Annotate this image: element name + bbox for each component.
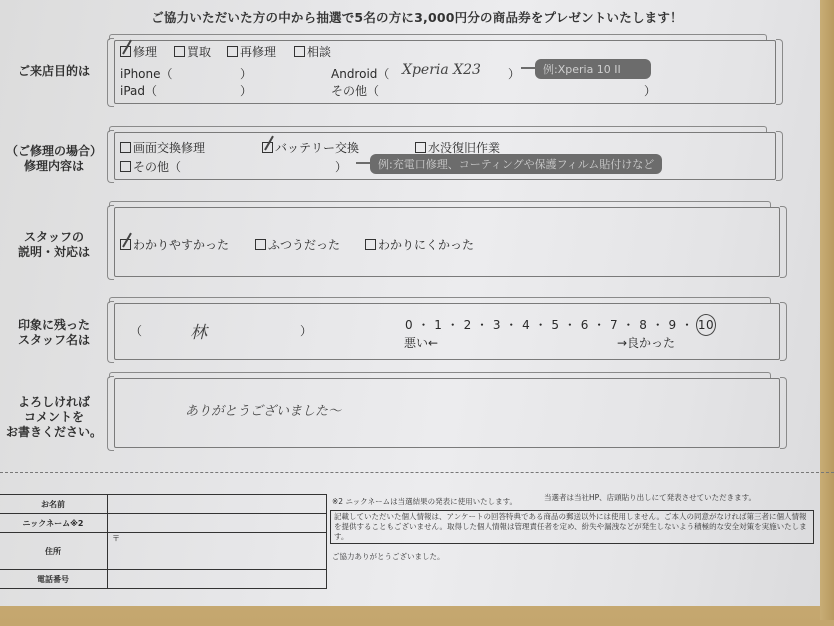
checkbox-icon[interactable]: [120, 161, 131, 172]
personal-info-table: お名前 ニックネーム※2 住所〒 電話番号: [0, 494, 327, 589]
iphone-close: ）: [240, 65, 252, 82]
address-field[interactable]: 〒: [108, 533, 327, 570]
purpose-option-repair[interactable]: 修理: [120, 43, 157, 60]
repair-option-battery[interactable]: バッテリー交換: [262, 139, 359, 156]
android-label: Android（: [331, 65, 389, 82]
rating-separator: ・: [501, 318, 522, 332]
purpose-option-rerepair[interactable]: 再修理: [227, 43, 276, 60]
table-row: ニックネーム※2: [0, 514, 327, 533]
rating-option-2[interactable]: 2: [464, 318, 472, 332]
checkbox-icon[interactable]: [294, 46, 305, 57]
rating-separator: ・: [560, 318, 581, 332]
table-row: 電話番号: [0, 570, 327, 589]
checkbox-icon[interactable]: [255, 239, 266, 250]
table-row: お名前: [0, 495, 327, 514]
comment-label: よろしければコメントをお書きください。: [0, 395, 108, 440]
other-label: その他（: [331, 82, 379, 99]
android-input[interactable]: Xperia X23: [402, 62, 481, 78]
repair-option-screen[interactable]: 画面交換修理: [120, 139, 205, 156]
rating-option-3[interactable]: 3: [493, 318, 501, 332]
explanation-option-unclear[interactable]: わかりにくかった: [365, 236, 474, 253]
ipad-label: iPad（: [120, 82, 157, 99]
repair-hint-bubble: 例:充電口修理、コーティングや保護フィルム貼付けなど: [370, 154, 662, 174]
phone-label: 電話番号: [0, 570, 108, 589]
nickname-label: ニックネーム※2: [0, 514, 108, 533]
address-label: 住所: [0, 533, 108, 570]
rating-option-9[interactable]: 9: [669, 318, 677, 332]
rating-separator: ・: [677, 318, 698, 332]
rating-separator: ・: [647, 318, 668, 332]
purpose-option-consult[interactable]: 相談: [294, 43, 331, 60]
table-row: 住所〒: [0, 533, 327, 570]
checkbox-icon[interactable]: [120, 142, 131, 153]
checkbox-icon[interactable]: [174, 46, 185, 57]
explanation-option-clear[interactable]: わかりやすかった: [120, 236, 229, 253]
wood-table-edge: [820, 0, 834, 620]
nickname-note: ※2 ニックネームは当選結果の発表に使用いたします。: [332, 496, 517, 507]
rating-separator: ・: [530, 318, 551, 332]
rating-separator: ・: [442, 318, 463, 332]
checkbox-icon[interactable]: [365, 239, 376, 250]
banner-text: ご協力いただいた方の中から抽選で5名の方に3,000円分の商品券をプレゼントいた…: [0, 8, 834, 26]
phone-field[interactable]: [108, 570, 327, 589]
rating-separator: ・: [618, 318, 639, 332]
comment-input[interactable]: ありがとうございました〜: [185, 400, 341, 419]
rating-low-label: 悪い←: [404, 334, 438, 351]
nickname-field[interactable]: [108, 514, 327, 533]
staff-explanation-label: スタッフの説明・対応は: [0, 230, 108, 260]
explanation-option-normal[interactable]: ふつうだった: [255, 236, 340, 253]
ipad-close: ）: [240, 82, 252, 99]
thanks-note: ご協力ありがとうございました。: [332, 551, 445, 562]
repair-other-close: ）: [335, 158, 347, 175]
checkbox-icon[interactable]: [415, 142, 426, 153]
checkbox-checked-icon[interactable]: [262, 142, 273, 153]
purpose-label: ご来店目的は: [0, 64, 108, 79]
checkbox-checked-icon[interactable]: [120, 239, 131, 250]
rating-separator: ・: [589, 318, 610, 332]
repair-other[interactable]: その他（: [120, 158, 181, 175]
rating-separator: ・: [413, 318, 434, 332]
rating-option-7[interactable]: 7: [610, 318, 618, 332]
rating-scale[interactable]: 0 ・ 1 ・ 2 ・ 3 ・ 4 ・ 5 ・ 6 ・ 7 ・ 8 ・ 9 ・ …: [405, 314, 716, 336]
name-field[interactable]: [108, 495, 327, 514]
staff-name-close: ）: [300, 322, 312, 339]
android-close: ）: [508, 65, 520, 82]
staff-name-input[interactable]: 林: [190, 318, 207, 343]
winner-note: 当選者は当社HP、店頭貼り出しにて発表させていただきます。: [544, 492, 756, 503]
rating-option-5[interactable]: 5: [551, 318, 559, 332]
rating-option-10[interactable]: 10: [696, 314, 716, 336]
rating-separator: ・: [472, 318, 493, 332]
rating-high-label: →良かった: [617, 334, 675, 351]
privacy-note: 記載していただいた個人情報は、アンケートの回答特典である商品の郵送以外には使用し…: [330, 510, 814, 544]
rating-option-6[interactable]: 6: [581, 318, 589, 332]
rating-option-0[interactable]: 0: [405, 318, 413, 332]
cut-line: [0, 472, 834, 473]
other-close: ）: [644, 82, 656, 99]
name-label: お名前: [0, 495, 108, 514]
checkbox-checked-icon[interactable]: [120, 46, 131, 57]
purpose-option-buy[interactable]: 買取: [174, 43, 211, 60]
staff-name-open: （: [130, 322, 142, 339]
repair-label: （ご修理の場合）修理内容は: [0, 144, 108, 174]
checkbox-icon[interactable]: [227, 46, 238, 57]
android-hint-bubble: 例:Xperia 10 II: [535, 59, 651, 79]
iphone-label: iPhone（: [120, 65, 173, 82]
staff-name-label: 印象に残ったスタッフ名は: [0, 318, 108, 348]
